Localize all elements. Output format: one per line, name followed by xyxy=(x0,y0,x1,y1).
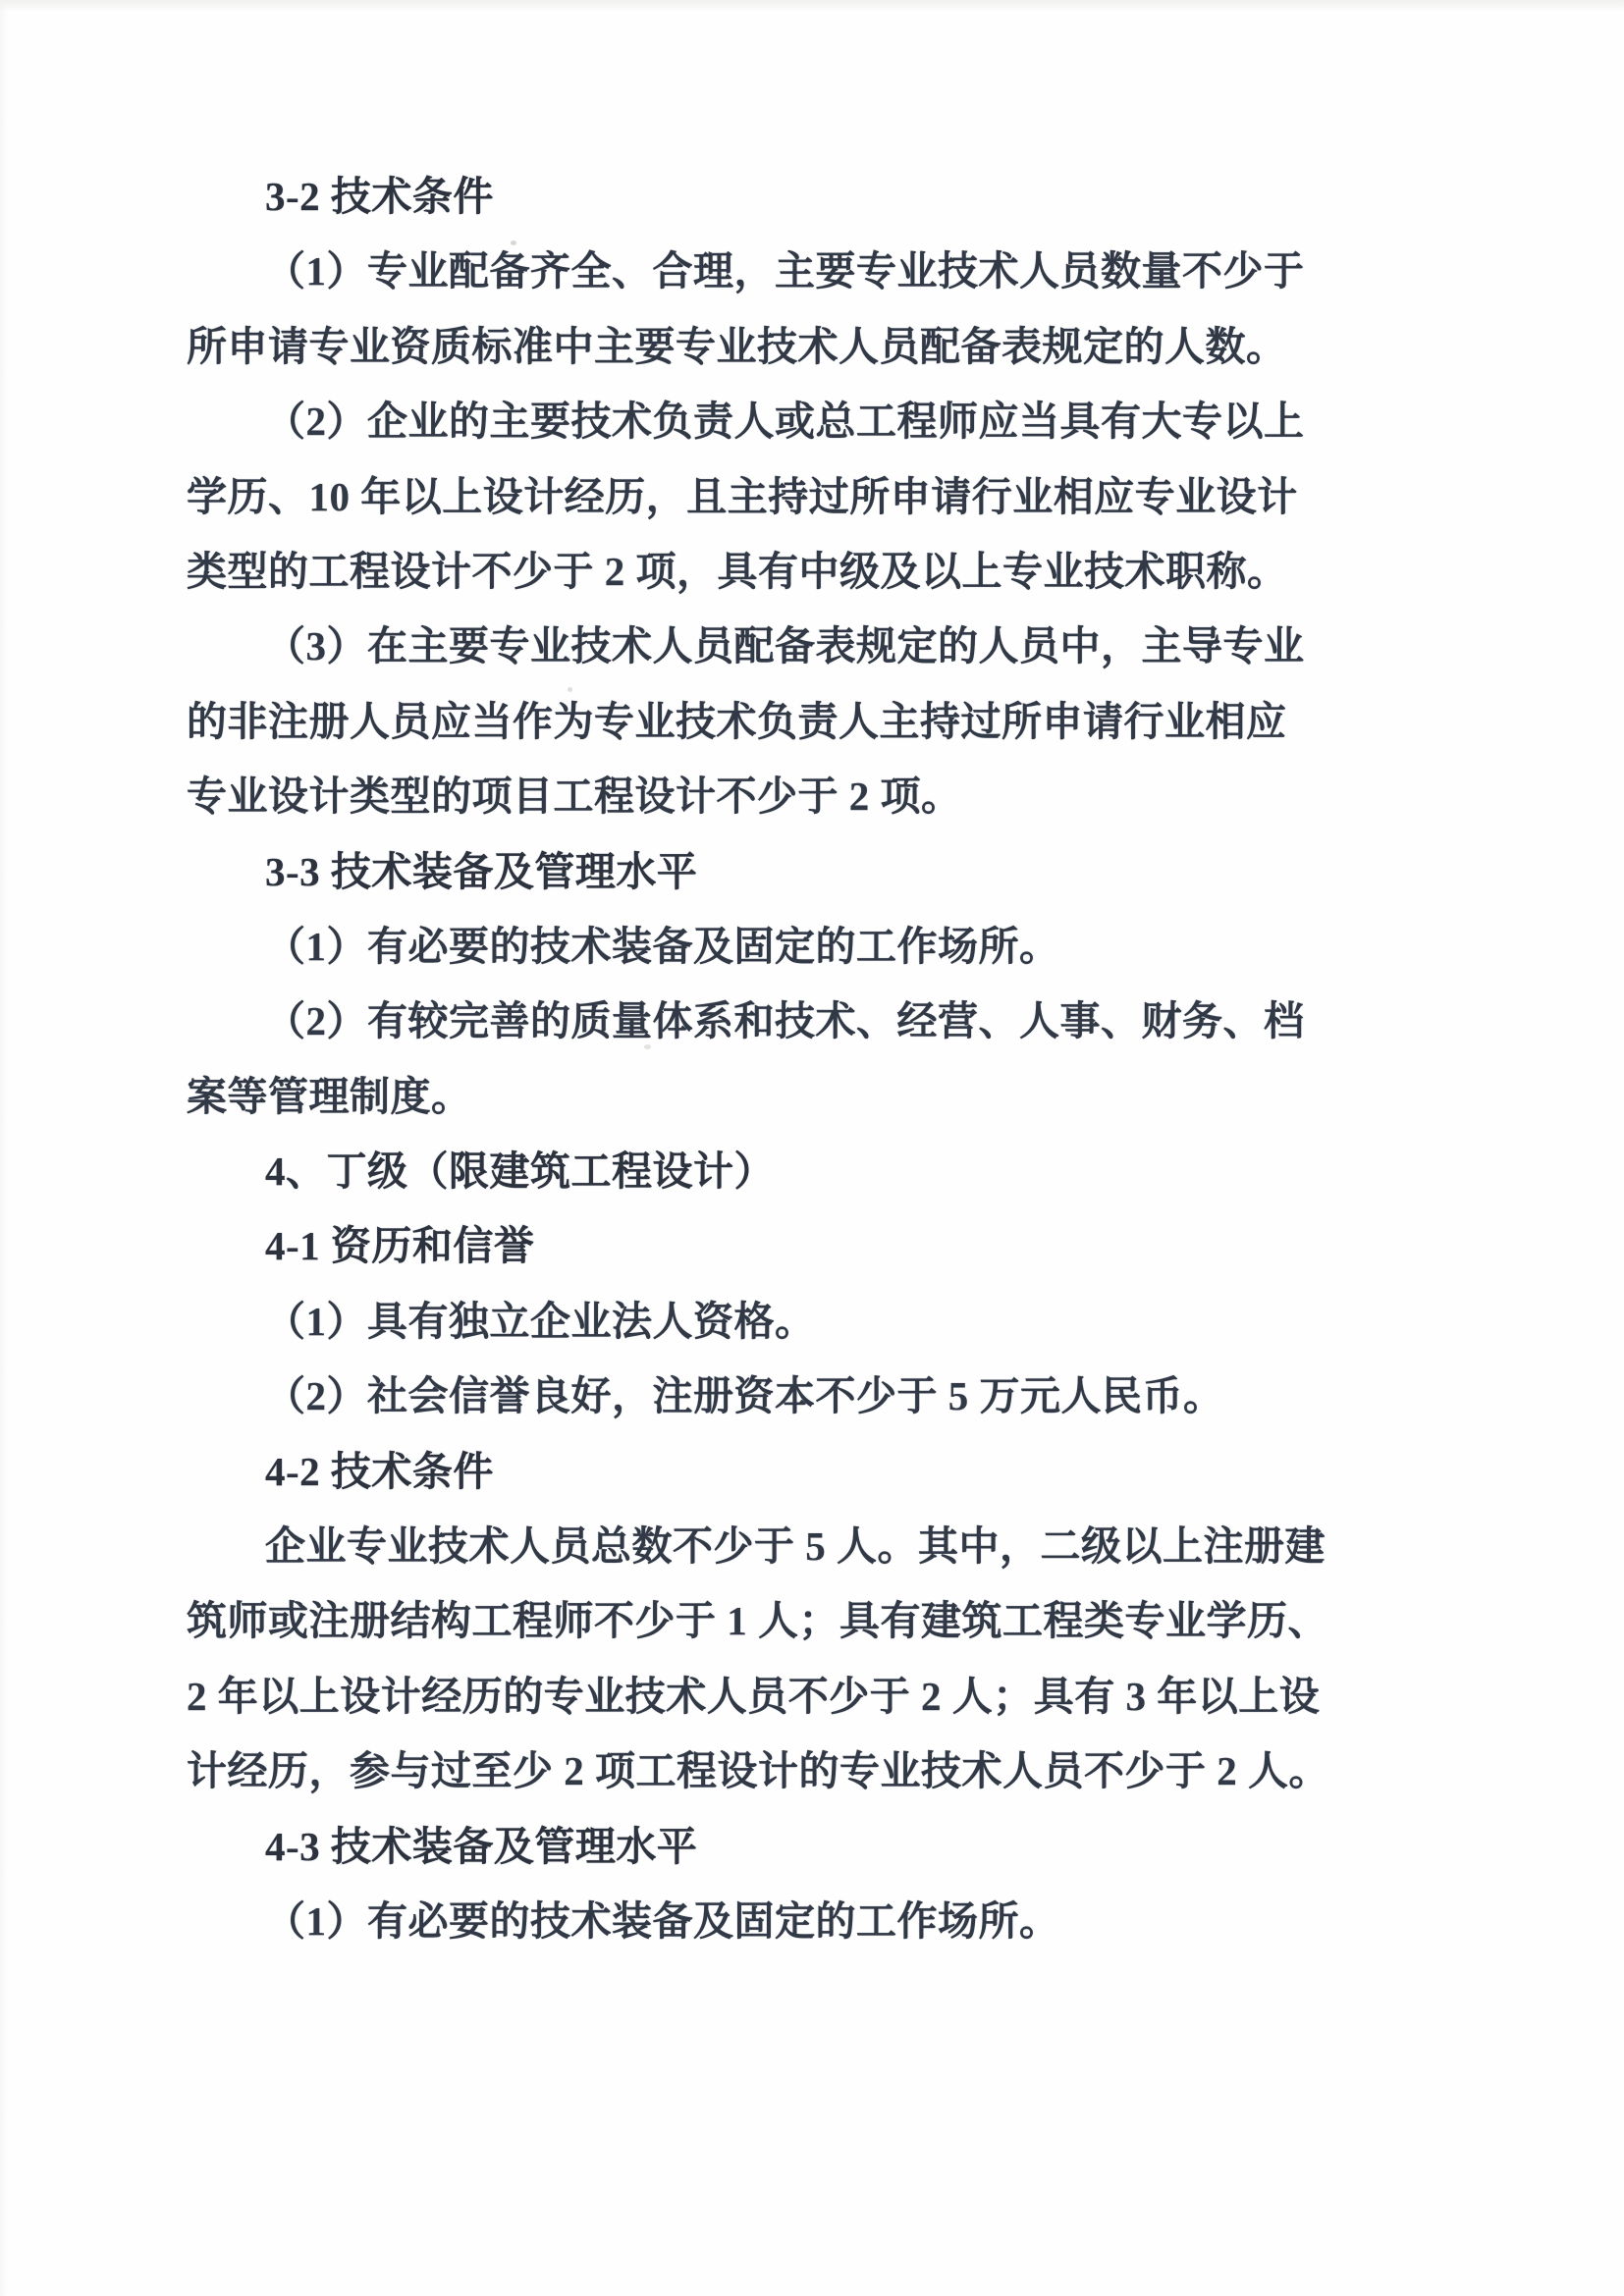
section-heading-line: 3-2 技术条件 xyxy=(187,159,1473,234)
body-text-line: 的非注册人员应当作为专业技术负责人主持过所申请行业相应 xyxy=(187,684,1473,759)
body-text-line: 所申请专业资质标准中主要专业技术人员配备表规定的人数。 xyxy=(187,309,1473,384)
body-text-line: 筑师或注册结构工程师不少于 1 人；具有建筑工程类专业学历、 xyxy=(187,1583,1473,1658)
body-text-line: 专业设计类型的项目工程设计不少于 2 项。 xyxy=(187,759,1473,833)
body-text-line: （2）企业的主要技术负责人或总工程师应当具有大专以上 xyxy=(187,384,1473,458)
body-text-line: （2）有较完善的质量体系和技术、经营、人事、财务、档 xyxy=(187,984,1473,1058)
body-text-line: （1）有必要的技术装备及固定的工作场所。 xyxy=(187,1884,1473,1958)
body-text-line: 学历、10 年以上设计经历，且主持过所申请行业相应专业设计 xyxy=(187,459,1473,534)
body-text-line: （1）有必要的技术装备及固定的工作场所。 xyxy=(187,909,1473,984)
section-heading-line: 4-3 技术装备及管理水平 xyxy=(187,1809,1473,1884)
scan-speck xyxy=(644,1044,651,1049)
body-text-line: 计经历，参与过至少 2 项工程设计的专业技术人员不少于 2 人。 xyxy=(187,1734,1473,1808)
body-text-line: 企业专业技术人员总数不少于 5 人。其中，二级以上注册建 xyxy=(187,1509,1473,1583)
scan-shading-top xyxy=(0,0,1624,12)
body-text-line: （1）专业配备齐全、合理，主要专业技术人员数量不少于 xyxy=(187,234,1473,308)
body-text-line: 2 年以上设计经历的专业技术人员不少于 2 人；具有 3 年以上设 xyxy=(187,1659,1473,1734)
section-heading-line: 4、丁级（限建筑工程设计） xyxy=(187,1134,1473,1208)
body-text-line: （1）具有独立企业法人资格。 xyxy=(187,1284,1473,1359)
body-text-line: 类型的工程设计不少于 2 项，具有中级及以上专业技术职称。 xyxy=(187,534,1473,609)
body-text-line: （3）在主要专业技术人员配备表规定的人员中，主导专业 xyxy=(187,609,1473,683)
scan-shading-left xyxy=(0,0,8,2296)
section-heading-line: 4-2 技术条件 xyxy=(187,1434,1473,1509)
body-text-line: （2）社会信誉良好，注册资本不少于 5 万元人民币。 xyxy=(187,1359,1473,1433)
document-text-block: 3-2 技术条件（1）专业配备齐全、合理，主要专业技术人员数量不少于所申请专业资… xyxy=(187,159,1473,1958)
scanned-document-page: 3-2 技术条件（1）专业配备齐全、合理，主要专业技术人员数量不少于所申请专业资… xyxy=(0,0,1624,2296)
body-text-line: 案等管理制度。 xyxy=(187,1059,1473,1134)
scan-speck xyxy=(511,240,516,245)
scan-speck xyxy=(568,687,572,692)
section-heading-line: 4-1 资历和信誉 xyxy=(187,1208,1473,1283)
section-heading-line: 3-3 技术装备及管理水平 xyxy=(187,834,1473,909)
